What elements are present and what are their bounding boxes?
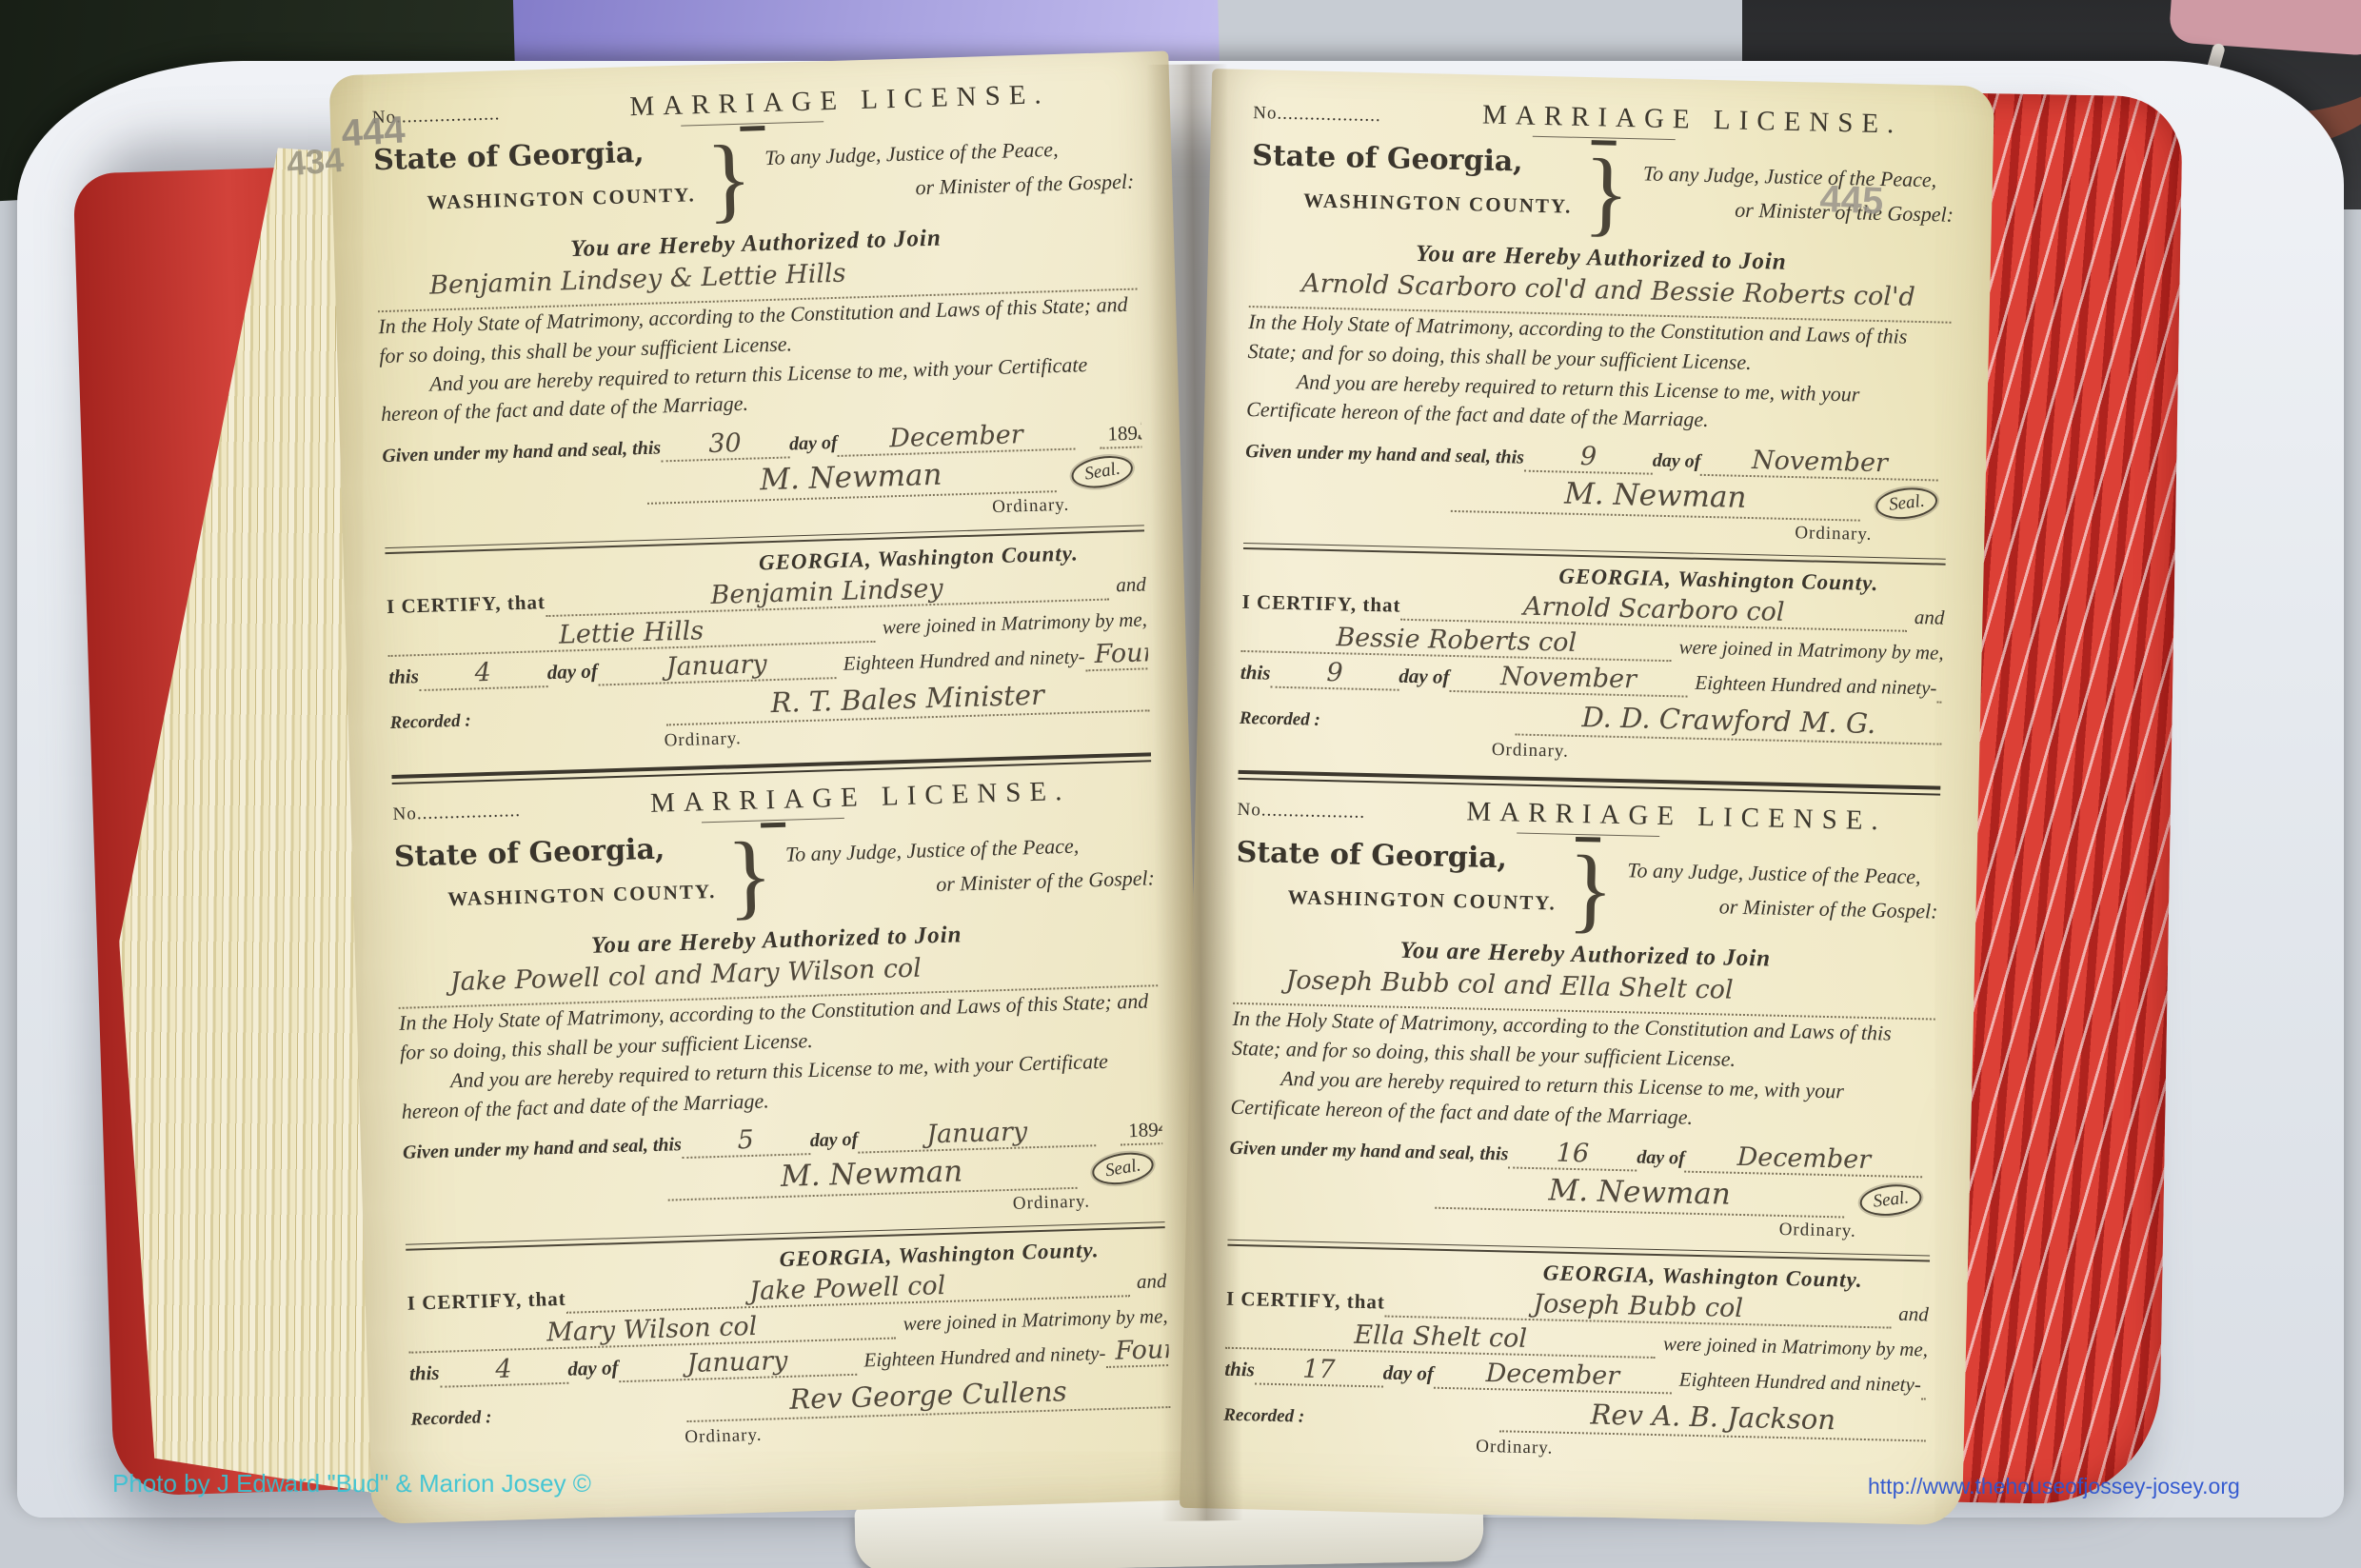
county-label: WASHINGTON COUNTY. xyxy=(1287,885,1554,915)
certificate-month: January xyxy=(597,647,836,685)
eighteen-hundred-label: Eighteen Hundred and ninety- xyxy=(863,1341,1106,1373)
eighteen-hundred-label: Eighteen Hundred and ninety- xyxy=(843,645,1085,677)
recorded-label: Recorded : xyxy=(410,1405,573,1431)
seal-badge: Seal. xyxy=(1857,1181,1923,1219)
form-divider xyxy=(1238,770,1940,796)
photo-credit: Photo by J Edward "Bud" & Marion Josey © xyxy=(112,1469,591,1499)
brace-glyph: } xyxy=(725,829,774,921)
ordinary-label: Ordinary. xyxy=(1476,1437,1926,1468)
day-of-label: day of xyxy=(1383,1361,1435,1386)
right-page: No................... MARRIAGE LICENSE. … xyxy=(1180,69,1994,1525)
this-label: this xyxy=(409,1361,440,1386)
and-label: and xyxy=(1915,605,1945,630)
license-number-field: No................... xyxy=(1237,800,1413,824)
joined-label: were joined in Matrimony by me, xyxy=(883,608,1148,640)
recorded-label: Recorded : xyxy=(389,708,552,734)
page-number-under: 434 xyxy=(285,140,345,185)
website-watermark: http://www.thehouseofjossey-josey.org xyxy=(1868,1474,2240,1499)
ordinary-signature: M. Newman xyxy=(1450,474,1860,522)
addressee-line-1: To any Judge, Justice of the Peace, xyxy=(785,831,1155,866)
certify-label: I CERTIFY, that xyxy=(1241,590,1400,618)
certificate-1: GEORGIA, Washington County. I CERTIFY, t… xyxy=(386,540,1151,761)
and-label: and xyxy=(1898,1302,1929,1327)
addressee-line-1: To any Judge, Justice of the Peace, xyxy=(764,135,1134,170)
page-number-left: 444 xyxy=(340,109,406,155)
addressee-line-2: or Minister of the Gospel: xyxy=(1642,195,1954,227)
addressee-line-1: To any Judge, Justice of the Peace, xyxy=(1627,858,1939,889)
state-label: State of Georgia, xyxy=(393,831,713,874)
certificate-year-word: Three xyxy=(1920,1369,1955,1402)
certificate-2: GEORGIA, Washington County. I CERTIFY, t… xyxy=(406,1236,1171,1457)
given-label: Given under my hand and seal, this xyxy=(1245,441,1524,469)
license-day: 9 xyxy=(1524,441,1654,475)
brace-glyph: } xyxy=(705,133,754,225)
seal-badge: Seal. xyxy=(1069,452,1136,493)
certificate-day: 17 xyxy=(1254,1354,1383,1388)
license-month: December xyxy=(1685,1141,1924,1179)
addressee-line-1: To any Judge, Justice of the Peace, xyxy=(1643,161,1955,192)
certificate-day: 9 xyxy=(1270,657,1399,691)
page-number-right: 445 xyxy=(1819,178,1885,224)
certificate-3: GEORGIA, Washington County. I CERTIFY, t… xyxy=(1239,557,1946,771)
certificate-day: 4 xyxy=(439,1353,568,1388)
day-of-label: day of xyxy=(809,1129,858,1152)
license-month: January xyxy=(858,1116,1097,1154)
form-title: MARRIAGE LICENSE. xyxy=(1429,98,1956,142)
book-gutter-shadow xyxy=(1146,64,1243,1521)
day-of-label: day of xyxy=(1637,1147,1685,1170)
certify-label: I CERTIFY, that xyxy=(407,1287,566,1316)
license-day: 16 xyxy=(1508,1138,1637,1172)
this-label: this xyxy=(1240,661,1271,685)
seal-badge: Seal. xyxy=(1089,1148,1156,1189)
and-label: and xyxy=(1116,573,1146,598)
license-form-1: No................... MARRIAGE LICENSE. … xyxy=(371,77,1150,761)
license-day: 5 xyxy=(681,1124,810,1160)
license-month: December xyxy=(837,419,1076,457)
recorded-label: Recorded : xyxy=(1240,708,1401,733)
license-day: 30 xyxy=(661,427,790,463)
certify-label: I CERTIFY, that xyxy=(387,590,546,619)
this-label: this xyxy=(388,665,419,689)
certificate-month: November xyxy=(1449,661,1688,698)
ordinary-signature: M. Newman xyxy=(1435,1171,1845,1219)
eighteen-hundred-label: Eighteen Hundred and ninety- xyxy=(1679,1368,1922,1398)
joined-label: were joined in Matrimony by me, xyxy=(1678,636,1943,665)
form-title: MARRIAGE LICENSE. xyxy=(547,77,1132,126)
day-of-label: day of xyxy=(1653,450,1701,473)
form-title: MARRIAGE LICENSE. xyxy=(1413,795,1940,839)
county-label: WASHINGTON COUNTY. xyxy=(1303,189,1570,218)
license-form-4: No................... MARRIAGE LICENSE. … xyxy=(1222,791,1940,1468)
recorded-label: Recorded : xyxy=(1223,1405,1385,1430)
license-year: 1893 xyxy=(1947,1147,1955,1180)
given-label: Given under my hand and seal, this xyxy=(1229,1138,1508,1166)
joined-label: were joined in Matrimony by me, xyxy=(1663,1333,1928,1362)
certify-label: I CERTIFY, that xyxy=(1226,1287,1385,1315)
joined-label: were joined in Matrimony by me, xyxy=(903,1304,1168,1336)
addressee-line-2: or Minister of the Gospel: xyxy=(1626,892,1938,923)
certificate-bride-name: Ella Shelt col xyxy=(1225,1318,1657,1359)
license-month: November xyxy=(1700,445,1939,482)
certificate-month: January xyxy=(618,1344,857,1382)
certificate-4: GEORGIA, Washington County. I CERTIFY, t… xyxy=(1222,1254,1930,1468)
certificate-year-word: Three xyxy=(1936,672,1955,705)
state-label: State of Georgia, xyxy=(1236,836,1556,877)
given-label: Given under my hand and seal, this xyxy=(382,438,661,468)
seal-badge: Seal. xyxy=(1874,485,1939,522)
day-of-label: day of xyxy=(789,432,838,455)
left-page: No................... MARRIAGE LICENSE. … xyxy=(329,50,1212,1523)
certificate-day: 4 xyxy=(418,656,547,691)
record-book: No................... MARRIAGE LICENSE. … xyxy=(59,15,2246,1568)
brace-glyph: } xyxy=(1567,844,1615,935)
addressee-line-2: or Minister of the Gospel: xyxy=(786,865,1156,901)
brace-glyph: } xyxy=(1582,147,1630,238)
state-label: State of Georgia, xyxy=(1252,139,1572,180)
license-form-2: No................... MARRIAGE LICENSE. … xyxy=(392,773,1171,1457)
eighteen-hundred-label: Eighteen Hundred and ninety- xyxy=(1695,671,1937,701)
officiant-signature: Rev A. B. Jackson xyxy=(1499,1397,1927,1442)
addressee-line-2: or Minister of the Gospel: xyxy=(765,169,1135,205)
officiant-signature: D. D. Crawford M. G. xyxy=(1516,700,1943,745)
certificate-month: December xyxy=(1434,1358,1673,1395)
ordinary-label: Ordinary. xyxy=(1492,740,1942,771)
given-label: Given under my hand and seal, this xyxy=(403,1135,682,1165)
state-label: State of Georgia, xyxy=(373,134,693,177)
certificate-bride-name: Bessie Roberts col xyxy=(1240,621,1672,662)
county-label: WASHINGTON COUNTY. xyxy=(427,183,694,214)
county-label: WASHINGTON COUNTY. xyxy=(447,880,715,911)
license-number-field: No................... xyxy=(1253,103,1429,128)
day-of-label: day of xyxy=(567,1357,619,1382)
license-number-field: No................... xyxy=(392,800,569,825)
form-title: MARRIAGE LICENSE. xyxy=(568,773,1153,822)
day-of-label: day of xyxy=(1399,665,1450,689)
day-of-label: day of xyxy=(546,660,598,685)
